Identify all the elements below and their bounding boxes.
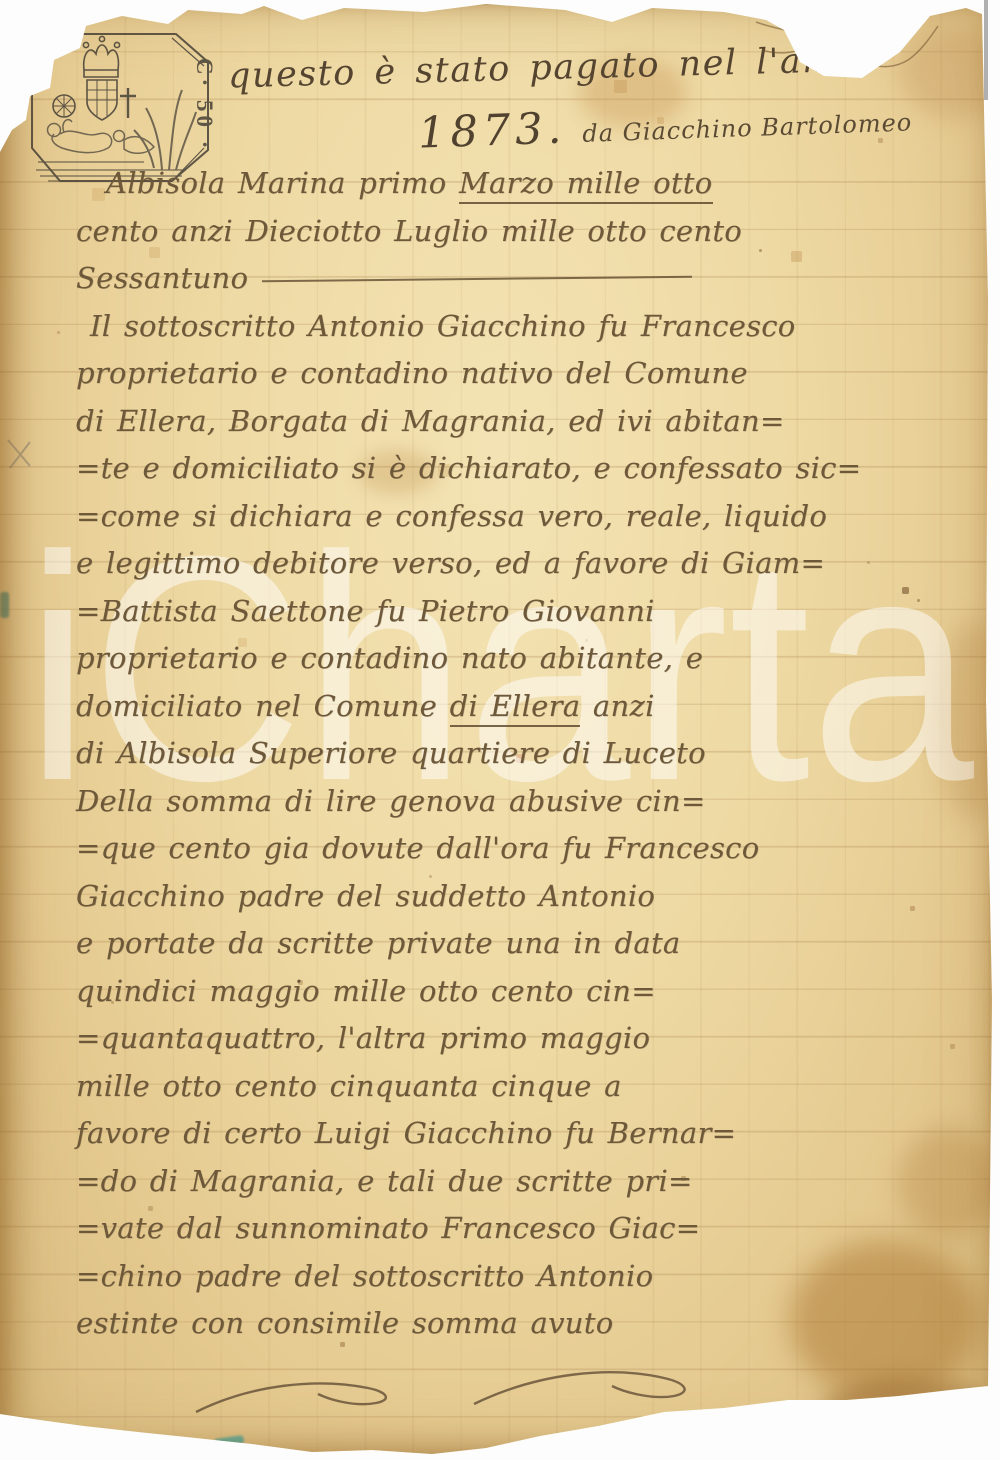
handwritten-line: =te e domiciliato si è dichiarato, e con… (76, 445, 796, 493)
handwritten-line: =do di Magrania, e tali due scritte pri= (76, 1158, 796, 1206)
payment-by: da Giacchino Bartolomeo (582, 108, 913, 148)
handwritten-line: proprietario e contadino nativo del Comu… (76, 350, 796, 398)
handwritten-line: =quantaquattro, l'altra primo maggio (76, 1015, 796, 1063)
ink-rule (262, 276, 692, 283)
handwritten-line: Albisola Marina primo Marzo mille otto (106, 160, 796, 208)
handwritten-line: =vate dal sunnominato Francesco Giac= (76, 1205, 796, 1253)
handwritten-line: Il sottoscritto Antonio Giacchino fu Fra… (90, 303, 796, 351)
handwritten-line: quindici maggio mille otto cento cin= (76, 968, 796, 1016)
edge-paint-mark (0, 592, 9, 618)
document-paper: iCharta C· 50 · (0, 0, 1000, 1460)
handwritten-line: domiciliato nel Comune di Ellera anzi (76, 683, 796, 731)
handwritten-line: =que cento gia dovute dall'ora fu France… (76, 825, 796, 873)
handwritten-line: =come si dichiara e confessa vero, reale… (76, 493, 796, 541)
handwritten-line: proprietario e contadino nato abitante, … (76, 635, 796, 683)
foxing-speckles (0, 0, 1, 1)
underlined-words: di Ellera (450, 689, 581, 727)
handwritten-line: =chino padre del sottoscritto Antonio (76, 1253, 796, 1301)
underlined-words: Marzo mille otto (459, 166, 713, 204)
handwritten-line: e portate da scritte private una in data (76, 920, 796, 968)
payment-year: 1873. (417, 103, 567, 158)
handwritten-line: Giacchino padre del suddetto Antonio (76, 873, 796, 921)
scanner-edge-artifact (984, 0, 988, 100)
handwritten-line: favore di certo Luigi Giacchino fu Berna… (76, 1110, 796, 1158)
handwritten-line: Sessantuno (76, 255, 796, 303)
handwritten-line: di Albisola Superiore quartiere di Lucet… (76, 730, 796, 778)
scanned-document-scene: iCharta C· 50 · (0, 0, 1000, 1460)
handwritten-line: Della somma di lire genova abusive cin= (76, 778, 796, 826)
handwritten-line: =Battista Saettone fu Pietro Giovanni (76, 588, 796, 636)
handwritten-line: di Ellera, Borgata di Magrania, ed ivi a… (76, 398, 796, 446)
stamp-value-label: C· 50 · (192, 58, 214, 152)
handwritten-line: cento anzi Dieciotto Luglio mille otto c… (76, 208, 796, 256)
handwritten-line: mille otto cento cinquanta cinque a (76, 1063, 796, 1111)
handwritten-line: estinte con consimile somma avuto (76, 1300, 796, 1348)
handwritten-line: e legittimo debitore verso, ed a favore … (76, 540, 796, 588)
handwriting-body: Albisola Marina primo Marzo mille ottoce… (76, 160, 796, 1348)
